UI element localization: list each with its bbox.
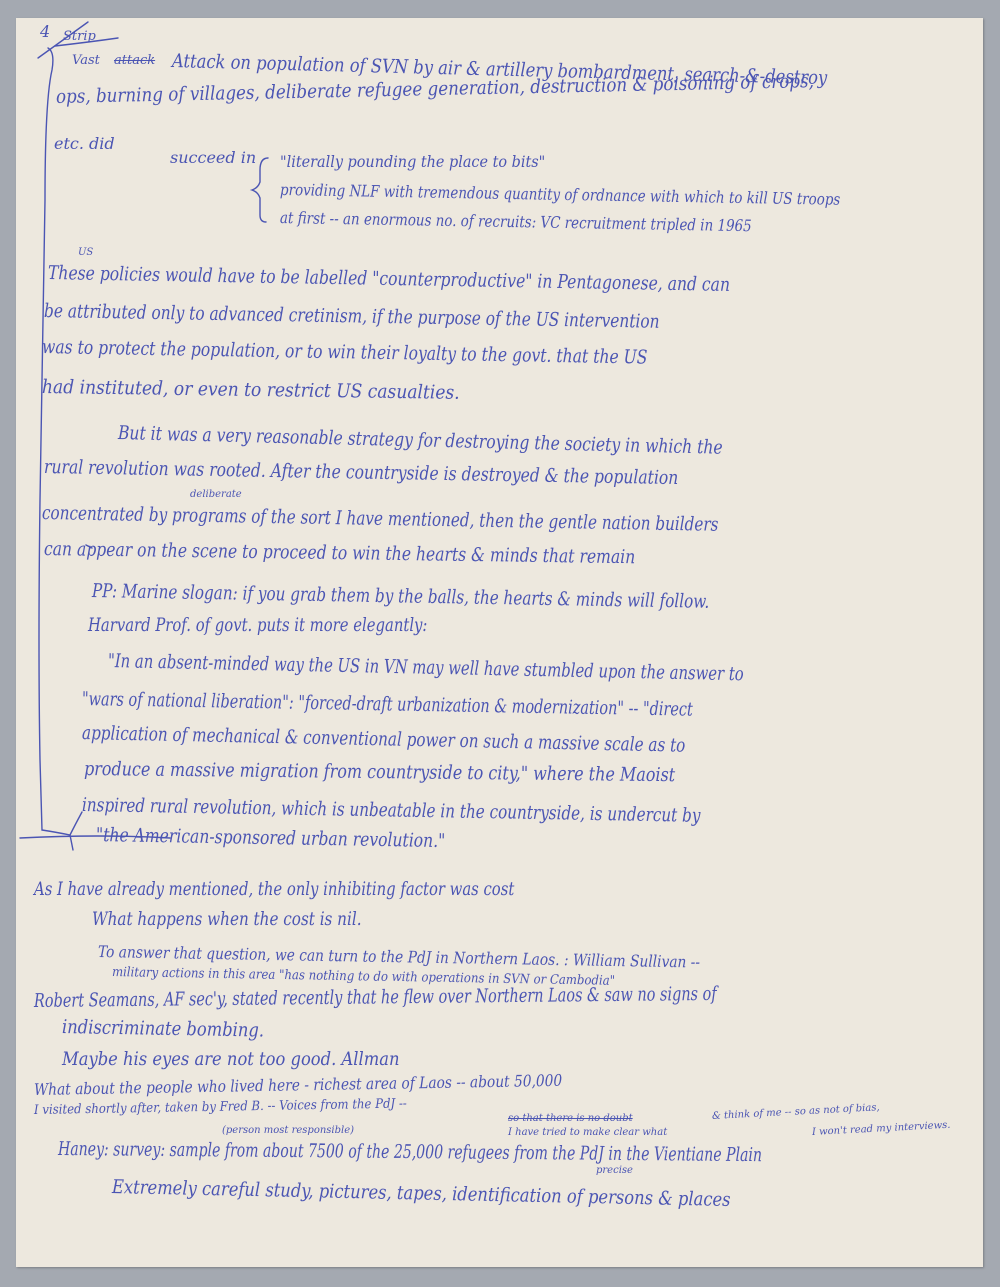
s1-prefix: Vast	[72, 54, 100, 67]
s5-line-2: What happens when the cost is nil.	[92, 910, 362, 929]
s1-succeed-label: succeed in	[170, 150, 256, 166]
s1-result-1: "literally pounding the place to bits"	[280, 154, 545, 170]
s6-insert-precise: precise	[596, 1166, 633, 1176]
s2-insert-us: US	[78, 248, 93, 258]
page-heading: Strip	[63, 30, 96, 43]
s1-line3: etc. did	[54, 136, 115, 152]
s5-line-7: Maybe his eyes are not too good. Allman	[62, 1050, 399, 1069]
page-number: 4	[40, 24, 50, 40]
s6-line-3-note: (person most responsible)	[222, 1126, 354, 1136]
s5-line-6: indiscriminate bombing.	[62, 1018, 264, 1041]
s6-line-2-struck: so that there is no doubt	[508, 1114, 633, 1124]
s5-line-1: As I have already mentioned, the only in…	[34, 880, 514, 899]
s4-line-2: Harvard Prof. of govt. puts it more eleg…	[88, 616, 427, 635]
s6-line-3-mid: I have tried to make clear what	[508, 1128, 667, 1138]
s3-insert-deliberate: deliberate	[190, 490, 242, 500]
s1-struck-word: attack	[114, 54, 155, 67]
